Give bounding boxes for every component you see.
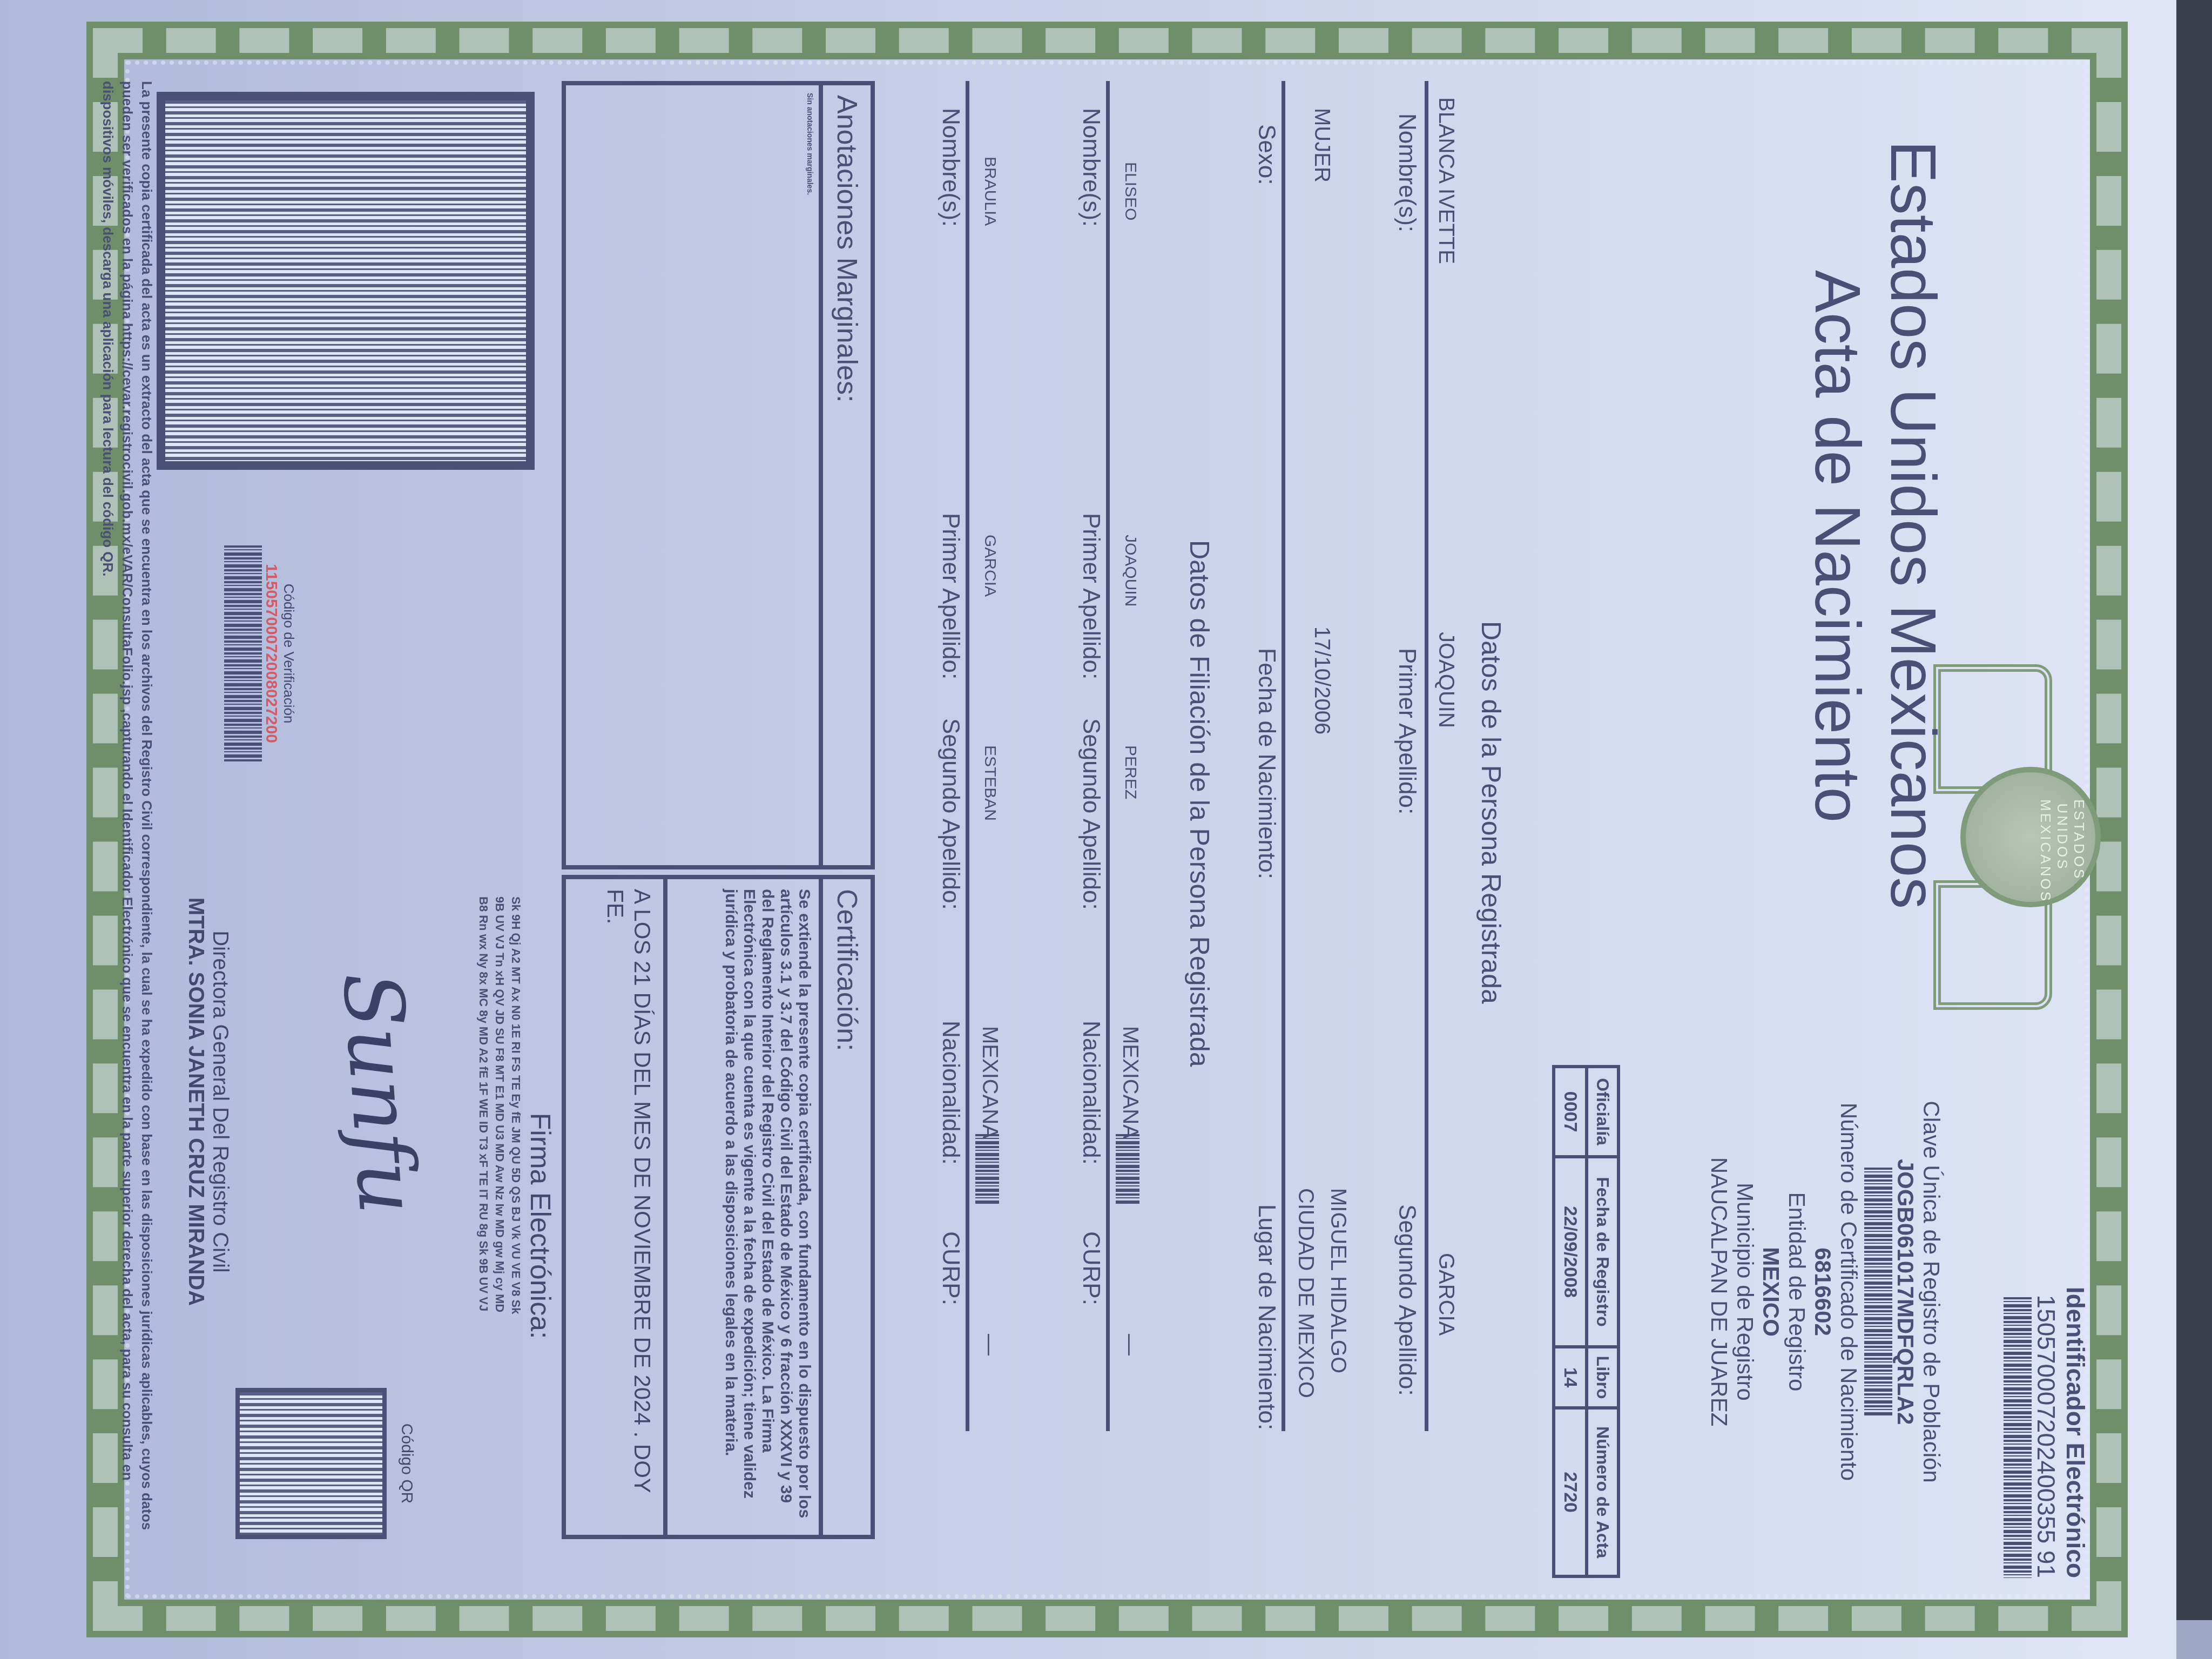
mother-names: BRAULIA [981, 157, 999, 226]
value-fecha-registro: 22/09/2008 [1554, 1157, 1587, 1347]
person-first-surname-label: Primer Apellido: [1393, 648, 1420, 814]
father-nationality-label: Nacionalidad: [1077, 1021, 1104, 1165]
person-sex: MUJER [1310, 108, 1334, 183]
mother-curp-label: CURP: [937, 1231, 964, 1305]
person-names: BLANCA IVETTE [1434, 97, 1458, 264]
verification-barcode [224, 545, 262, 761]
electronic-id-barcode [2004, 1297, 2032, 1578]
value-numero-acta: 2720 [1554, 1408, 1587, 1576]
electronic-signature-block: Firma Electrónica: Sk 9H Qj A2 MT Ax N0 … [475, 896, 556, 1491]
father-curp-label: CURP: [1077, 1231, 1104, 1305]
entity-value: MEXICO [1758, 1049, 1784, 1535]
value-oficialia: 0007 [1554, 1067, 1587, 1157]
person-names-label: Nombre(s): [1393, 113, 1420, 232]
qr-right-block: Código QR [235, 1382, 416, 1545]
father-curp: — [1118, 1334, 1142, 1355]
curp-barcode [1864, 1168, 1892, 1416]
father-first-surname: JOAQUIN [1121, 535, 1139, 606]
handwritten-signature: Sunfu [325, 969, 435, 1217]
mother-first-surname-label: Primer Apellido: [937, 513, 964, 679]
mother-second-surname: ESTEBAN [981, 745, 999, 821]
mother-nationality: MEXICANA [977, 1026, 1002, 1139]
person-birth-date: 17/10/2006 [1310, 626, 1334, 734]
filiation-title: Datos de Filiación de la Persona Registr… [1184, 540, 1215, 1067]
header-numero-acta: Número de Acta [1587, 1408, 1618, 1576]
signatory-role: Directora General Del Registro Civil [208, 859, 232, 1345]
footer-legal-text: La presente copia certificada del acta e… [98, 81, 157, 1539]
mother-curp-barcode [975, 1134, 999, 1204]
header-libro: Libro [1587, 1347, 1618, 1408]
birth-place-line1: MIGUEL HIDALGO [1326, 1188, 1350, 1373]
divider [1106, 81, 1110, 1431]
verification-block: Código de Verificación 11505700072008027… [221, 540, 297, 767]
municipality-label: Municipio de Registro [1732, 1049, 1758, 1535]
curp-label: Clave Única de Registro de Población [1918, 1049, 1944, 1535]
person-sex-label: Sexo: [1253, 124, 1280, 185]
divider [1282, 81, 1285, 1431]
father-names-label: Nombre(s): [1077, 108, 1104, 227]
cert-number-value: 6816602 [1810, 1049, 1836, 1535]
signature-line-3: B8 Rn wx Ny 8x MC 8y MD A2 fE 1F WE ID T… [475, 896, 491, 1491]
father-second-surname-label: Segundo Apellido: [1077, 718, 1104, 910]
certification-text: Se extiende la presente copia certificad… [667, 879, 819, 1535]
person-second-surname: GARCIA [1434, 1253, 1458, 1336]
header-fecha-registro: Fecha de Registro [1587, 1157, 1618, 1347]
curp-block: Clave Única de Registro de Población JOG… [1706, 1049, 1944, 1535]
divider [966, 81, 969, 1431]
seal-text: ESTADOS UNIDOS MEXICANOS [2037, 799, 2087, 875]
mother-first-surname: GARCIA [981, 535, 999, 597]
father-names: ELISEO [1121, 162, 1139, 220]
father-nationality: MEXICANA [1118, 1026, 1142, 1139]
signatory-name: MTRA. SONIA JANETH CRUZ MIRANDA [184, 859, 208, 1345]
verification-code: 11505700072008027200 [262, 540, 280, 767]
birth-certificate-page: ESTADOS UNIDOS MEXICANOS Estados Unidos … [0, 0, 2176, 1659]
signatory-block: Directora General Del Registro Civil MTR… [184, 859, 232, 1345]
certification-box: Certificación: Se extiende la presente c… [562, 875, 875, 1539]
father-second-surname: PEREZ [1121, 745, 1139, 799]
marginal-notes-box: Anotaciones Marginales: Sin anotaciones … [562, 81, 875, 869]
person-birth-place-label: Lugar de Nacimiento: [1253, 1204, 1280, 1430]
father-curp-barcode [1116, 1134, 1139, 1204]
marginal-notes-title: Anotaciones Marginales: [819, 85, 871, 865]
divider [1425, 81, 1428, 1431]
country-title: Estados Unidos Mexicanos [1876, 140, 1950, 909]
certification-title: Certificación: [819, 879, 871, 1535]
mother-second-surname-label: Segundo Apellido: [937, 718, 964, 910]
mother-names-label: Nombre(s): [937, 108, 964, 227]
municipality-value: NAUCALPAN DE JUAREZ [1706, 1049, 1732, 1535]
qr-code-small-icon[interactable] [235, 1388, 387, 1539]
person-second-surname-label: Segundo Apellido: [1393, 1204, 1420, 1396]
entity-label: Entidad de Registro [1784, 1049, 1810, 1535]
signature-line-2: 9B UV VJ Tn xH QV JD SU F8 MT E1 MD U3 M… [491, 896, 508, 1491]
electronic-id-value: 150570007202400355 91 [2032, 1092, 2061, 1578]
value-libro: 14 [1554, 1347, 1587, 1408]
marginal-notes-text: Sin anotaciones marginales. [801, 85, 819, 865]
person-first-surname: JOAQUIN [1434, 632, 1458, 728]
curp-value: JOGB061017MDFQRLA2 [1892, 1049, 1918, 1535]
qr-label: Código QR [397, 1382, 416, 1545]
cert-number-label: Número de Certificado de Nacimiento [1836, 1049, 1862, 1535]
registered-person-title: Datos de la Persona Registrada [1475, 621, 1507, 1004]
signature-line-1: Sk 9H Qj A2 MT Ax N0 1E RI FS TE Ey fE J… [508, 896, 524, 1491]
father-first-surname-label: Primer Apellido: [1077, 513, 1104, 679]
mother-curp: — [977, 1334, 1002, 1355]
electronic-signature-title: Firma Electrónica: [524, 896, 556, 1491]
certification-date: A LOS 21 DÍAS DEL MES DE NOVIEMBRE DE 20… [594, 879, 667, 1535]
birth-place-line2: CIUDAD DE MEXICO [1293, 1188, 1318, 1398]
verification-label: Código de Verificación [280, 540, 297, 767]
document-title: Acta de Nacimiento [1800, 270, 1874, 822]
person-birth-date-label: Fecha de Nacimiento: [1253, 648, 1280, 879]
qr-code-icon[interactable] [157, 92, 535, 470]
electronic-identifier: Identificador Electrónico 15057000720240… [2001, 1092, 2090, 1578]
mother-nationality-label: Nacionalidad: [937, 1021, 964, 1165]
header-oficialia: Oficialía [1587, 1067, 1618, 1157]
electronic-id-label: Identificador Electrónico [2061, 1092, 2090, 1578]
registry-table: Oficialía Fecha de Registro Libro Número… [1552, 1065, 1620, 1578]
